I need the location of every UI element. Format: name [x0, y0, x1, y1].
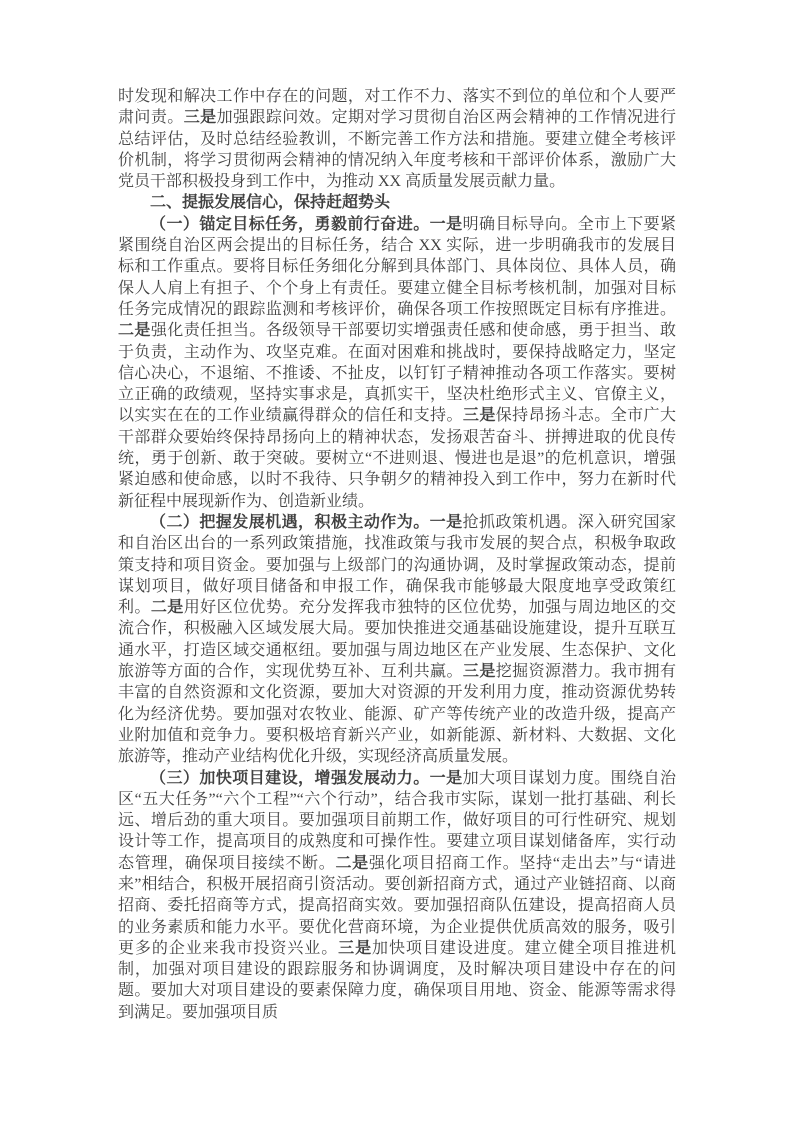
bold-text-run: 二是 [118, 322, 151, 339]
paragraph: （三）加快项目建设，增强发展动力。一是加大项目谋划力度。围绕自治区“五大任务”“… [118, 768, 676, 1024]
bold-text-run: （三）加快项目建设，增强发展动力。一是 [150, 770, 463, 787]
bold-text-run: （一）锚定目标任务，勇毅前行奋进。一是 [150, 216, 463, 233]
paragraph: （一）锚定目标任务，勇毅前行奋进。一是明确目标导向。全市上下要紧紧围绕自治区两会… [118, 214, 676, 512]
bold-text-run: 二、提振发展信心，保持赶超势头 [150, 194, 390, 211]
bold-text-run: 三是 [463, 407, 496, 424]
bold-text-run: 二是 [335, 855, 368, 872]
document-body: 时发现和解决工作中存在的问题，对工作不力、落实不到位的单位和个人要严肃问责。三是… [118, 86, 676, 1023]
bold-text-run: 三是 [463, 663, 496, 680]
bold-text-run: 二是 [151, 599, 184, 616]
bold-text-run: （二）把握发展机遇，积极主动作为。一是 [150, 514, 463, 531]
section-heading: 二、提振发展信心，保持赶超势头 [118, 192, 676, 213]
paragraph: 时发现和解决工作中存在的问题，对工作不力、落实不到位的单位和个人要严肃问责。三是… [118, 86, 676, 192]
document-page: 时发现和解决工作中存在的问题，对工作不力、落实不到位的单位和个人要严肃问责。三是… [0, 0, 793, 1122]
bold-text-run: 三是 [338, 940, 372, 957]
paragraph: （二）把握发展机遇，积极主动作为。一是抢抓政策机遇。深入研究国家和自治区出台的一… [118, 512, 676, 768]
bold-text-run: 三是 [184, 109, 217, 126]
